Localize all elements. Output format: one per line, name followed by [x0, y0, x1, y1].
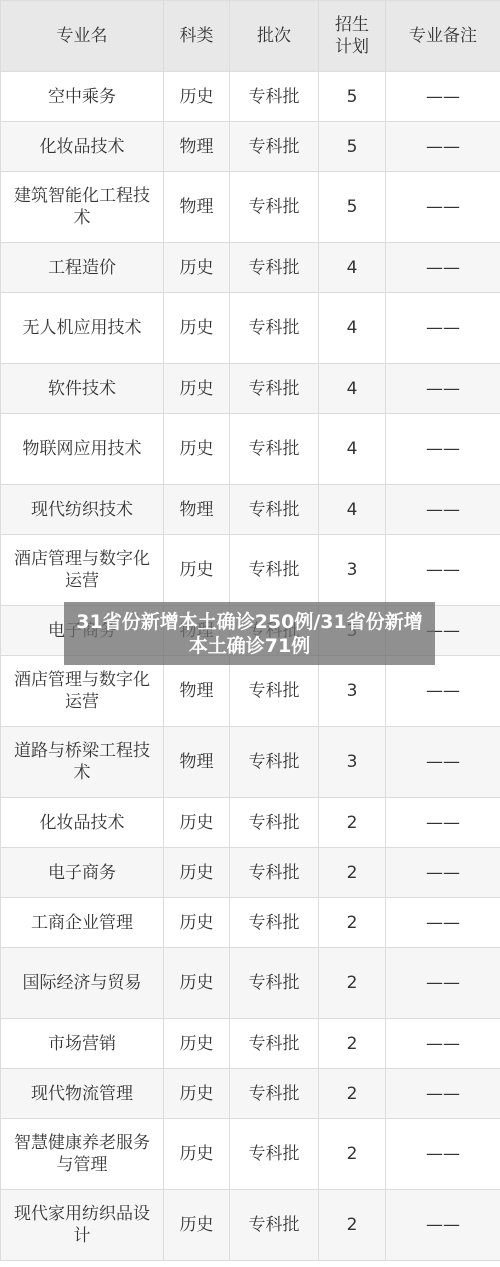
note-cell: ——	[386, 798, 500, 848]
subject-cell: 历史	[164, 1190, 230, 1261]
major-name-cell: 现代纺织技术	[1, 485, 164, 535]
table-row: 现代纺织技术物理专科批4——	[1, 485, 500, 535]
table-row: 空中乘务历史专科批5——	[1, 72, 500, 122]
batch-cell: 专科批	[230, 122, 319, 172]
table-row: 物联网应用技术历史专科批4——	[1, 414, 500, 485]
note-cell: ——	[386, 485, 500, 535]
subject-cell: 历史	[164, 414, 230, 485]
batch-cell: 专科批	[230, 485, 319, 535]
plan-cell: 4	[319, 364, 386, 414]
batch-cell: 专科批	[230, 848, 319, 898]
plan-cell: 3	[319, 727, 386, 798]
header-batch: 批次	[230, 1, 319, 72]
major-name-cell: 酒店管理与数字化运营	[1, 656, 164, 727]
note-cell: ——	[386, 1119, 500, 1190]
plan-cell: 5	[319, 122, 386, 172]
note-cell: ——	[386, 243, 500, 293]
subject-cell: 物理	[164, 727, 230, 798]
batch-cell: 专科批	[230, 364, 319, 414]
plan-cell: 2	[319, 848, 386, 898]
table-row: 道路与桥梁工程技术物理专科批3——	[1, 727, 500, 798]
note-cell: ——	[386, 898, 500, 948]
plan-cell: 4	[319, 243, 386, 293]
subject-cell: 历史	[164, 898, 230, 948]
header-subject: 科类	[164, 1, 230, 72]
major-name-cell: 化妆品技术	[1, 798, 164, 848]
major-name-cell: 化妆品技术	[1, 122, 164, 172]
subject-cell: 物理	[164, 485, 230, 535]
batch-cell: 专科批	[230, 535, 319, 606]
note-cell: ——	[386, 122, 500, 172]
batch-cell: 专科批	[230, 243, 319, 293]
major-name-cell: 空中乘务	[1, 72, 164, 122]
table-body: 空中乘务历史专科批5——化妆品技术物理专科批5——建筑智能化工程技术物理专科批5…	[1, 72, 500, 1261]
subject-cell: 历史	[164, 243, 230, 293]
note-cell: ——	[386, 1069, 500, 1119]
plan-cell: 4	[319, 485, 386, 535]
table-row: 化妆品技术历史专科批2——	[1, 798, 500, 848]
subject-cell: 物理	[164, 656, 230, 727]
header-major-name: 专业名	[1, 1, 164, 72]
header-plan: 招生计划	[319, 1, 386, 72]
plan-cell: 3	[319, 656, 386, 727]
plan-cell: 2	[319, 1019, 386, 1069]
batch-cell: 专科批	[230, 798, 319, 848]
table-row: 酒店管理与数字化运营历史专科批3——	[1, 535, 500, 606]
batch-cell: 专科批	[230, 1019, 319, 1069]
plan-cell: 5	[319, 172, 386, 243]
subject-cell: 历史	[164, 364, 230, 414]
note-cell: ——	[386, 535, 500, 606]
table-row: 无人机应用技术历史专科批4——	[1, 293, 500, 364]
table-row: 工商企业管理历史专科批2——	[1, 898, 500, 948]
subject-cell: 历史	[164, 535, 230, 606]
batch-cell: 专科批	[230, 1069, 319, 1119]
major-name-cell: 现代家用纺织品设计	[1, 1190, 164, 1261]
note-cell: ——	[386, 1019, 500, 1069]
table-row: 市场营销历史专科批2——	[1, 1019, 500, 1069]
plan-cell: 2	[319, 948, 386, 1019]
table-row: 国际经济与贸易历史专科批2——	[1, 948, 500, 1019]
batch-cell: 专科批	[230, 1190, 319, 1261]
table-row: 建筑智能化工程技术物理专科批5——	[1, 172, 500, 243]
subject-cell: 物理	[164, 172, 230, 243]
batch-cell: 专科批	[230, 172, 319, 243]
subject-cell: 历史	[164, 948, 230, 1019]
subject-cell: 历史	[164, 293, 230, 364]
note-cell: ——	[386, 364, 500, 414]
subject-cell: 历史	[164, 848, 230, 898]
note-cell: ——	[386, 293, 500, 364]
major-name-cell: 现代物流管理	[1, 1069, 164, 1119]
table-row: 化妆品技术物理专科批5——	[1, 122, 500, 172]
table-row: 工程造价历史专科批4——	[1, 243, 500, 293]
table-row: 现代物流管理历史专科批2——	[1, 1069, 500, 1119]
subject-cell: 物理	[164, 122, 230, 172]
plan-cell: 5	[319, 72, 386, 122]
table-row: 电子商务历史专科批2——	[1, 848, 500, 898]
batch-cell: 专科批	[230, 293, 319, 364]
note-cell: ——	[386, 172, 500, 243]
table-row: 酒店管理与数字化运营物理专科批3——	[1, 656, 500, 727]
major-name-cell: 物联网应用技术	[1, 414, 164, 485]
note-cell: ——	[386, 72, 500, 122]
plan-cell: 2	[319, 898, 386, 948]
batch-cell: 专科批	[230, 72, 319, 122]
major-name-cell: 建筑智能化工程技术	[1, 172, 164, 243]
note-cell: ——	[386, 1190, 500, 1261]
note-cell: ——	[386, 656, 500, 727]
major-name-cell: 国际经济与贸易	[1, 948, 164, 1019]
major-name-cell: 酒店管理与数字化运营	[1, 535, 164, 606]
plan-cell: 2	[319, 798, 386, 848]
plan-cell: 4	[319, 414, 386, 485]
caption-overlay: 31省份新增本土确诊250例/31省份新增本土确诊71例	[64, 602, 435, 665]
major-name-cell: 软件技术	[1, 364, 164, 414]
subject-cell: 历史	[164, 1119, 230, 1190]
batch-cell: 专科批	[230, 727, 319, 798]
batch-cell: 专科批	[230, 656, 319, 727]
major-name-cell: 道路与桥梁工程技术	[1, 727, 164, 798]
note-cell: ——	[386, 414, 500, 485]
note-cell: ——	[386, 848, 500, 898]
subject-cell: 历史	[164, 1019, 230, 1069]
batch-cell: 专科批	[230, 948, 319, 1019]
table-row: 软件技术历史专科批4——	[1, 364, 500, 414]
subject-cell: 历史	[164, 798, 230, 848]
plan-cell: 2	[319, 1119, 386, 1190]
plan-cell: 2	[319, 1190, 386, 1261]
major-name-cell: 无人机应用技术	[1, 293, 164, 364]
batch-cell: 专科批	[230, 1119, 319, 1190]
header-row: 专业名 科类 批次 招生计划 专业备注	[1, 1, 500, 72]
major-name-cell: 工程造价	[1, 243, 164, 293]
plan-cell: 2	[319, 1069, 386, 1119]
batch-cell: 专科批	[230, 414, 319, 485]
subject-cell: 历史	[164, 72, 230, 122]
note-cell: ——	[386, 727, 500, 798]
batch-cell: 专科批	[230, 898, 319, 948]
major-name-cell: 电子商务	[1, 848, 164, 898]
header-note: 专业备注	[386, 1, 500, 72]
major-name-cell: 工商企业管理	[1, 898, 164, 948]
plan-cell: 4	[319, 293, 386, 364]
note-cell: ——	[386, 948, 500, 1019]
table-row: 现代家用纺织品设计历史专科批2——	[1, 1190, 500, 1261]
table-header: 专业名 科类 批次 招生计划 专业备注	[1, 1, 500, 72]
plan-cell: 3	[319, 535, 386, 606]
major-name-cell: 市场营销	[1, 1019, 164, 1069]
table-row: 智慧健康养老服务与管理历史专科批2——	[1, 1119, 500, 1190]
subject-cell: 历史	[164, 1069, 230, 1119]
major-name-cell: 智慧健康养老服务与管理	[1, 1119, 164, 1190]
